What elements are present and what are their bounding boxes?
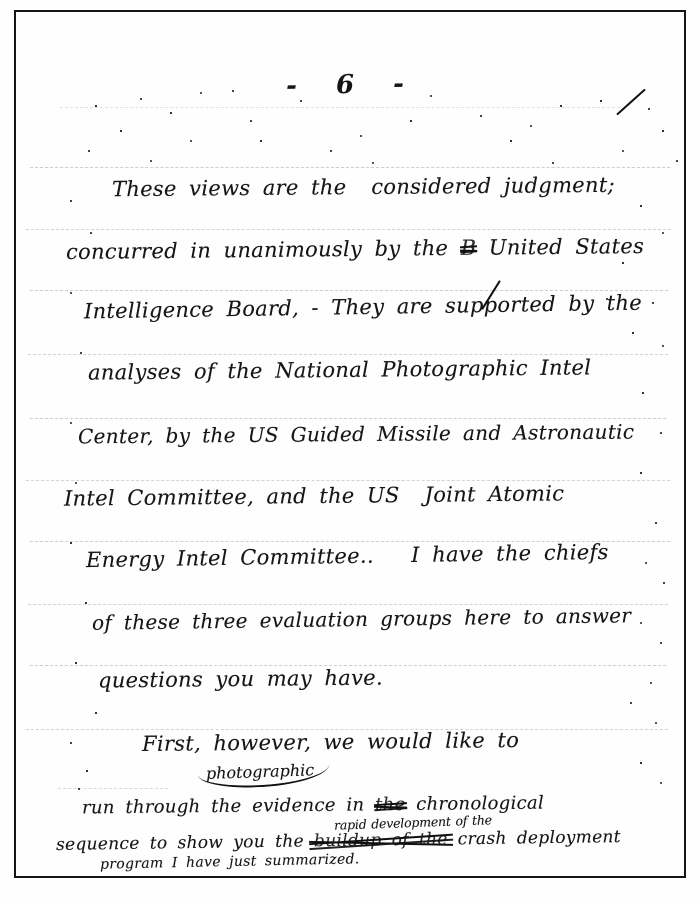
page-number: - 6 - [0, 64, 700, 106]
handwriting-text: crash deployment [447, 827, 621, 849]
struck-out-text: the [375, 794, 406, 815]
scan-ruled-line [26, 480, 670, 481]
scan-ruled-line [30, 167, 670, 168]
inserted-word: photographic [198, 760, 331, 790]
handwritten-line: program I have just summarized. [100, 851, 360, 872]
handwriting-text: First, however, we would like to [142, 728, 519, 756]
scan-noise [0, 0, 2, 2]
handwriting-text: These views are the considered judgment; [112, 173, 615, 201]
handwriting-text: chronological [405, 793, 544, 815]
scan-ruled-line [30, 418, 666, 419]
handwriting-text: of these three evaluation groups here to… [92, 603, 631, 635]
handwriting-text: program I have just summarized. [100, 851, 360, 872]
handwriting-text: run through the evidence in [82, 794, 375, 818]
handwritten-line: Center, by the US Guided Missile and Ast… [78, 420, 635, 449]
handwritten-line: These views are the considered judgment; [112, 173, 615, 201]
handwritten-line: concurred in unanimously by the B United… [66, 234, 644, 264]
handwriting-text: Center, by the US Guided Missile and Ast… [78, 420, 635, 449]
handwritten-line: of these three evaluation groups here to… [92, 603, 631, 635]
handwriting-text: concurred in unanimously by the [66, 236, 461, 264]
handwritten-line: questions you may have. [98, 666, 383, 693]
scanned-page: - 6 - These views are the considered jud… [0, 0, 700, 899]
handwriting-text: United States [476, 234, 644, 260]
handwriting-text: analyses of the National Photographic In… [88, 355, 591, 384]
handwritten-line: analyses of the National Photographic In… [88, 355, 591, 384]
handwriting-text: sequence to show you the [56, 831, 314, 855]
handwritten-line: Energy Intel Committee.. I have the chie… [86, 540, 609, 572]
handwriting-text: Intel Committee, and the US Joint Atomic [64, 481, 565, 510]
handwriting-text: Intelligence Board, - They are supported… [84, 291, 642, 324]
scan-ruled-line [60, 107, 620, 108]
handwritten-line: First, however, we would like to [142, 728, 519, 756]
scan-ruled-line [58, 788, 168, 789]
handwriting-text: questions you may have. [98, 666, 383, 693]
handwritten-line: Intelligence Board, - They are supported… [84, 291, 642, 324]
handwriting-text: Energy Intel Committee.. I have the chie… [86, 540, 609, 572]
struck-out-text: B [461, 236, 477, 260]
scan-ruled-line [26, 229, 671, 230]
handwritten-line: Intel Committee, and the US Joint Atomic [64, 481, 565, 510]
